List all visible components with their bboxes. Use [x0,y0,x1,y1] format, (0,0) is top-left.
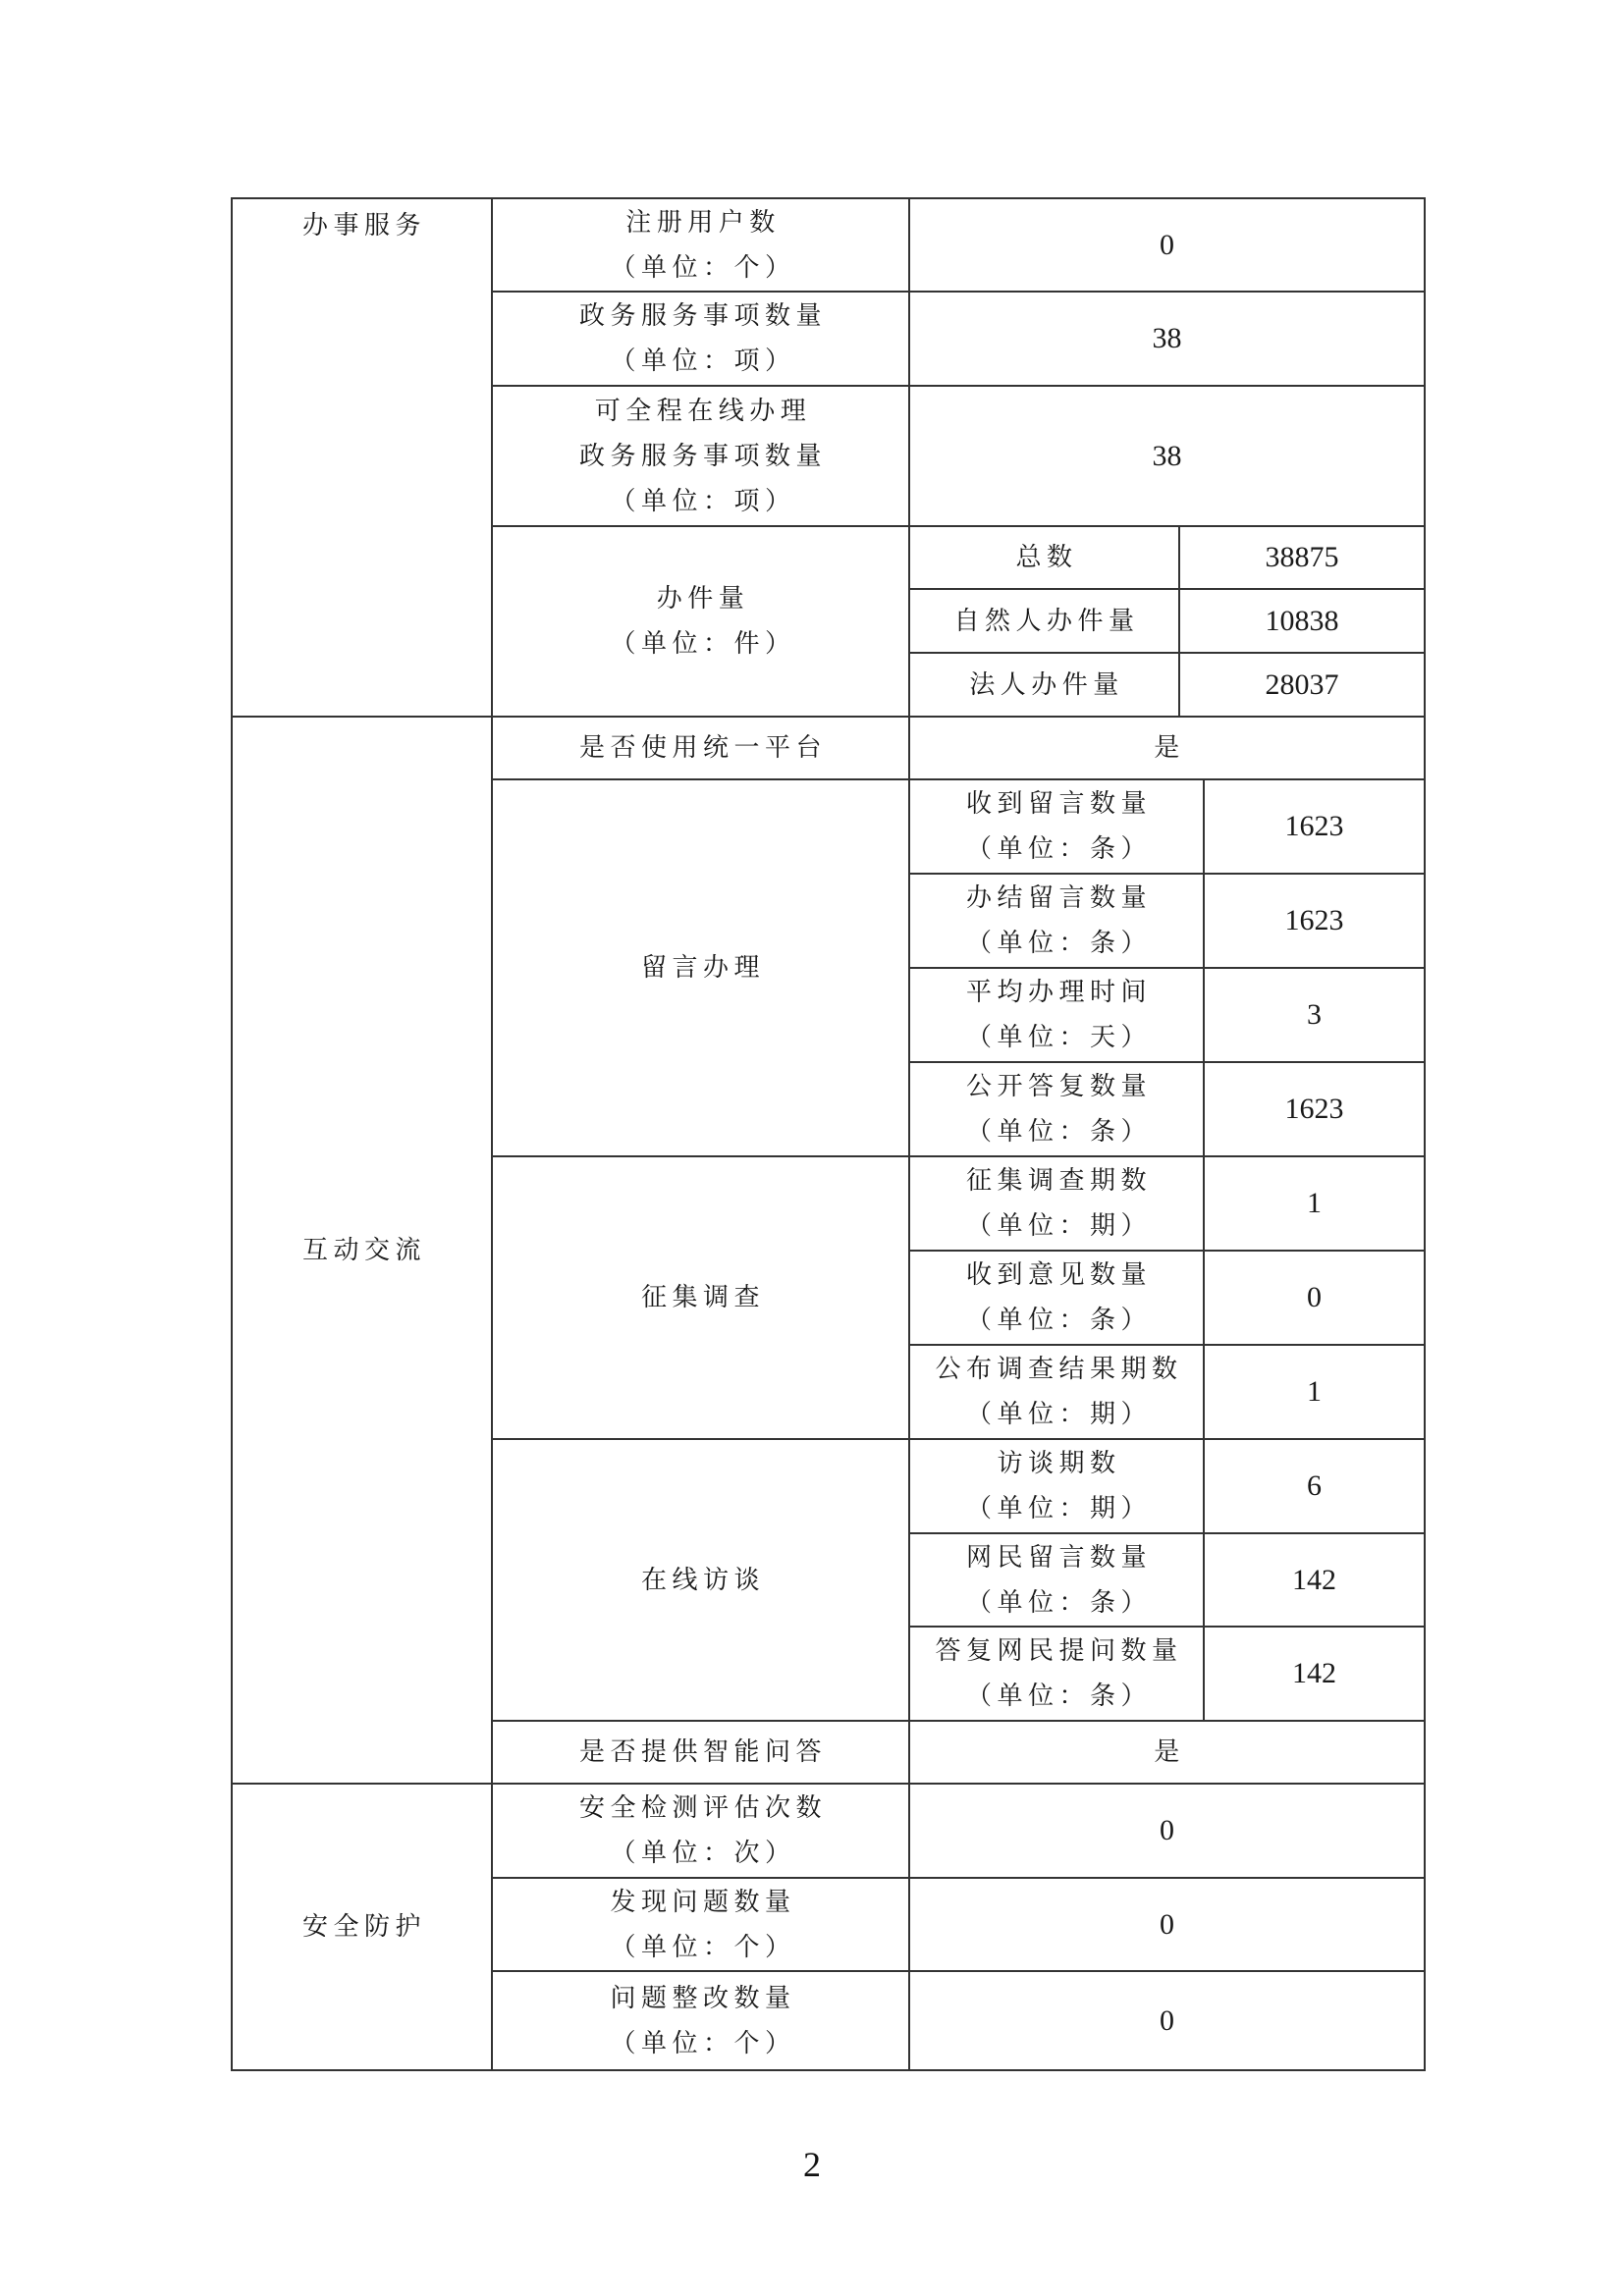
row-label-line: 留言办理 [636,945,765,990]
label-cell-security-assessments: 安全检测评估次数 （单位：次） [491,1783,910,1879]
sub-value: 142 [1292,1558,1336,1603]
label-cell-service-items: 政务服务事项数量 （单位：项） [491,291,910,387]
category-cell-security: 安全防护 [231,1783,493,2071]
row-label-line: 办件量 [652,576,750,621]
subvalue-cell-netizen-messages: 142 [1203,1532,1426,1628]
sub-unit-line: （单位：条） [961,1580,1152,1626]
sub-unit-line: （单位：条） [961,827,1152,872]
row-label-line: 是否使用统一平台 [574,725,827,771]
subvalue-cell-total: 38875 [1178,525,1426,590]
sub-value: 28037 [1266,663,1339,708]
subvalue-cell-messages-received: 1623 [1203,778,1426,875]
value-cell-smart-qa: 是 [908,1720,1426,1785]
sublabel-cell-interview-periods: 访谈期数 （单位：期） [908,1438,1205,1534]
sub-unit-line: （单位：期） [961,1203,1152,1249]
sub-label: 自然人办件量 [948,599,1139,644]
sub-label-line: 网民留言数量 [961,1535,1152,1580]
sublabel-cell-legal-person: 法人办件量 [908,652,1180,718]
row-value: 是 [1149,1730,1185,1775]
value-cell-problems-found: 0 [908,1877,1426,1972]
sub-value: 1 [1307,1181,1322,1226]
sublabel-cell-messages-closed: 办结留言数量 （单位：条） [908,873,1205,969]
label-cell-survey: 征集调查 [491,1155,910,1440]
sub-label-line: 征集调查期数 [961,1158,1152,1203]
row-value: 38 [1153,434,1182,479]
sub-unit-line: （单位：条） [961,1109,1152,1154]
subvalue-cell-legal-person: 28037 [1178,652,1426,718]
sublabel-cell-netizen-messages: 网民留言数量 （单位：条） [908,1532,1205,1628]
subvalue-cell-messages-closed: 1623 [1203,873,1426,969]
sub-label-line: 公布调查结果期数 [930,1347,1182,1392]
subvalue-cell-natural-person: 10838 [1178,588,1426,654]
sublabel-cell-questions-answered: 答复网民提问数量 （单位：条） [908,1626,1205,1722]
value-cell-online-service-items: 38 [908,385,1426,527]
subvalue-cell-questions-answered: 142 [1203,1626,1426,1722]
row-label-line: 政务服务事项数量 [574,294,827,339]
sub-label-line: 访谈期数 [992,1441,1120,1486]
category-cell-service: 办事服务 [231,197,493,718]
row-label-line: 征集调查 [636,1275,765,1320]
label-cell-problems-found: 发现问题数量 （单位：个） [491,1877,910,1972]
sub-unit-line: （单位：条） [961,1674,1152,1719]
row-value: 0 [1160,223,1174,268]
row-unit-line: （单位：项） [605,339,795,384]
row-label-line: 可全程在线办理 [590,389,812,434]
sublabel-cell-natural-person: 自然人办件量 [908,588,1180,654]
value-cell-unified-platform: 是 [908,716,1426,780]
sublabel-cell-public-replies: 公开答复数量 （单位：条） [908,1061,1205,1157]
label-cell-case-volume: 办件量 （单位：件） [491,525,910,718]
row-unit-line: （单位：个） [605,1925,795,1970]
sublabel-cell-messages-received: 收到留言数量 （单位：条） [908,778,1205,875]
sub-value: 3 [1307,992,1322,1038]
sub-unit-line: （单位：期） [961,1486,1152,1531]
category-label: 办事服务 [298,203,426,248]
row-label-line: 问题整改数量 [605,1976,795,2021]
sub-value: 1623 [1285,898,1344,943]
sub-label-line: 答复网民提问数量 [930,1629,1182,1674]
row-label-line: 政务服务事项数量 [574,434,827,479]
label-cell-online-service-items: 可全程在线办理 政务服务事项数量 （单位：项） [491,385,910,527]
sub-value: 1623 [1285,1087,1344,1132]
sub-label-line: 收到意见数量 [961,1253,1152,1298]
value-cell-security-assessments: 0 [908,1783,1426,1879]
row-unit-line: （单位：项） [605,479,795,524]
subvalue-cell-avg-handling-time: 3 [1203,967,1426,1063]
value-cell-service-items: 38 [908,291,1426,387]
sub-label-line: 办结留言数量 [961,876,1152,921]
subvalue-cell-opinions-received: 0 [1203,1250,1426,1346]
sub-label-line: 平均办理时间 [961,970,1152,1015]
category-label: 互动交流 [298,1228,426,1273]
row-label-line: 发现问题数量 [605,1880,795,1925]
label-cell-problems-fixed: 问题整改数量 （单位：个） [491,1970,910,2071]
sublabel-cell-results-published: 公布调查结果期数 （单位：期） [908,1344,1205,1440]
row-label-line: 在线访谈 [636,1558,765,1603]
sublabel-cell-avg-handling-time: 平均办理时间 （单位：天） [908,967,1205,1063]
sub-value: 142 [1292,1651,1336,1696]
sub-unit-line: （单位：期） [961,1392,1152,1437]
value-cell-registered-users: 0 [908,197,1426,293]
category-label: 安全防护 [298,1904,426,1949]
sub-label-line: 公开答复数量 [961,1064,1152,1109]
sublabel-cell-opinions-received: 收到意见数量 （单位：条） [908,1250,1205,1346]
sublabel-cell-survey-periods: 征集调查期数 （单位：期） [908,1155,1205,1252]
label-cell-unified-platform: 是否使用统一平台 [491,716,910,780]
row-label-line: 安全检测评估次数 [574,1786,827,1831]
sub-value: 1623 [1285,804,1344,849]
row-unit-line: （单位：个） [605,245,795,291]
sub-label: 法人办件量 [964,663,1124,708]
subvalue-cell-public-replies: 1623 [1203,1061,1426,1157]
subvalue-cell-survey-periods: 1 [1203,1155,1426,1252]
row-value: 0 [1160,1902,1174,1948]
document-page: 办事服务 注册用户数 （单位：个） 0 政务服务事项数量 （单位：项） 38 可… [0,0,1624,2296]
category-cell-interaction: 互动交流 [231,716,493,1785]
label-cell-online-interview: 在线访谈 [491,1438,910,1722]
label-cell-registered-users: 注册用户数 （单位：个） [491,197,910,293]
sub-label: 总数 [1010,535,1077,580]
row-unit-line: （单位：个） [605,2021,795,2066]
row-unit-line: （单位：件） [605,621,795,667]
page-number: 2 [0,2144,1624,2185]
sublabel-cell-total: 总数 [908,525,1180,590]
row-label-line: 注册用户数 [621,200,781,245]
label-cell-smart-qa: 是否提供智能问答 [491,1720,910,1785]
sub-value: 0 [1307,1275,1322,1320]
row-value: 是 [1149,725,1185,771]
row-label-line: 是否提供智能问答 [574,1730,827,1775]
label-cell-message-handling: 留言办理 [491,778,910,1157]
sub-unit-line: （单位：天） [961,1015,1152,1060]
sub-unit-line: （单位：条） [961,1298,1152,1343]
row-value: 38 [1153,316,1182,361]
sub-value: 1 [1307,1369,1322,1415]
row-unit-line: （单位：次） [605,1831,795,1876]
row-value: 0 [1160,1808,1174,1853]
sub-value: 6 [1307,1464,1322,1509]
subvalue-cell-results-published: 1 [1203,1344,1426,1440]
sub-unit-line: （单位：条） [961,921,1152,966]
subvalue-cell-interview-periods: 6 [1203,1438,1426,1534]
value-cell-problems-fixed: 0 [908,1970,1426,2071]
row-value: 0 [1160,1999,1174,2044]
sub-value: 38875 [1266,535,1339,580]
sub-label-line: 收到留言数量 [961,781,1152,827]
sub-value: 10838 [1266,599,1339,644]
